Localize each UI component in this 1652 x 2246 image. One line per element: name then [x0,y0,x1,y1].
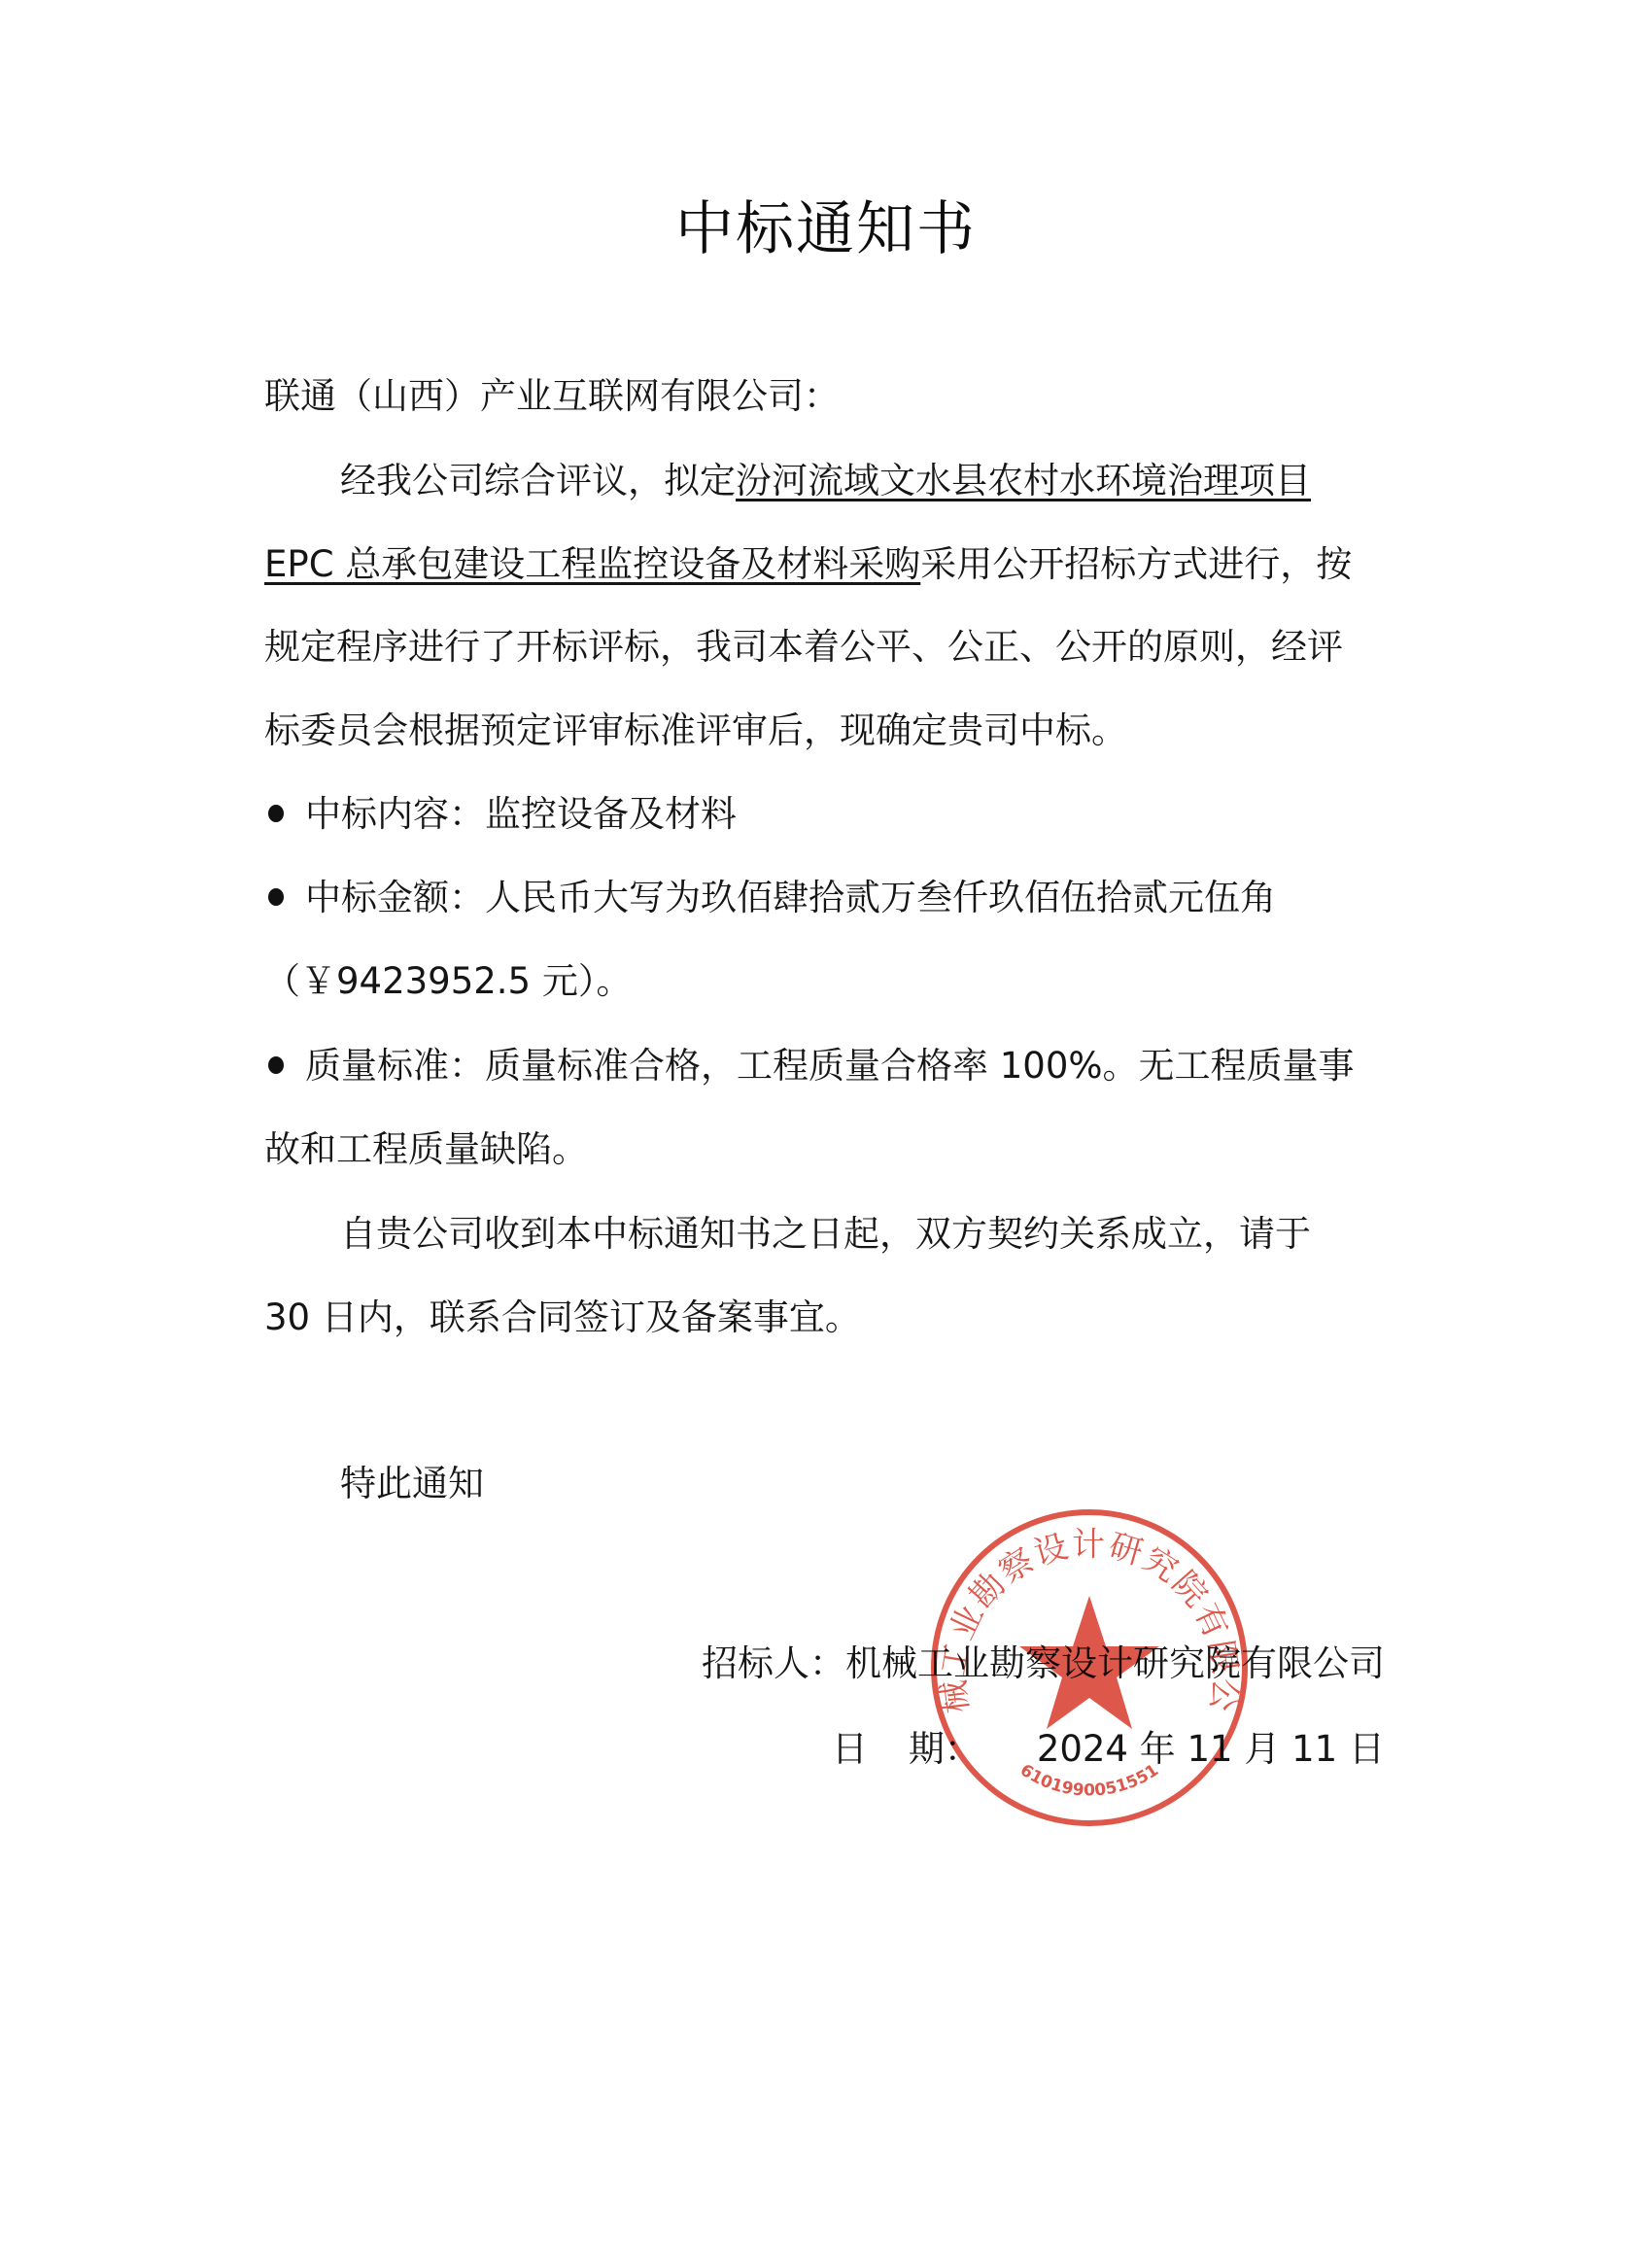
official-seal: 机械工业勘察设计研究院有限公司 6101990051551 [926,1504,1253,1831]
document-title: 中标通知书 [0,192,1652,266]
seal-code: 6101990051551 [1016,1761,1162,1801]
paragraph1-line4: 标委员会根据预定评审标准评审后，现确定贵司中标。 [264,707,1392,755]
bullet-value: 质量标准合格，工程质量合格率 100%。无工程质量事 [485,1045,1355,1087]
paragraph2-line2: 30 日内，联系合同签订及备案事宜。 [264,1294,1392,1342]
paragraph2-line1: 自贵公司收到本中标通知书之日起，双方契约关系成立，请于 [340,1210,1467,1259]
bullet-value: 人民币大写为玖佰肆拾贰万叁仟玖佰伍拾贰元伍角 [485,877,1276,918]
bullet-item-amount: 中标金额：人民币大写为玖佰肆拾贰万叁仟玖佰伍拾贰元伍角 [264,874,1276,922]
bullet-quality-continuation: 故和工程质量缺陷。 [264,1125,1392,1174]
bullet-label: 中标金额： [305,877,485,918]
date-day: 11 [1291,1728,1337,1770]
bullet-item-quality: 质量标准：质量标准合格，工程质量合格率 100%。无工程质量事 [264,1042,1355,1090]
bullet-amount-continuation: （￥9423952.5 元）。 [264,957,1392,1006]
closing-text: 特此通知 [340,1460,1467,1508]
bullet-value: 监控设备及材料 [485,793,737,835]
project-name-underlined-part2: EPC 总承包建设工程监控设备及材料采购 [264,543,920,585]
bullet-dot-icon [268,1056,284,1074]
bullet-label: 质量标准： [305,1045,485,1087]
recipient-line: 联通（山西）产业互联网有限公司： [264,372,1392,421]
date-day-unit: 日 [1349,1728,1385,1770]
bullet-item-content: 中标内容：监控设备及材料 [264,790,737,839]
bullet-dot-icon [268,888,284,906]
paragraph1-prefix: 经我公司综合评议，拟定 [340,460,736,501]
paragraph1-line1: 经我公司综合评议，拟定汾河流域文水县农村水环境治理项目 [340,457,1467,505]
document-page: 中标通知书 联通（山西）产业互联网有限公司： 经我公司综合评议，拟定汾河流域文水… [0,0,1652,2246]
paragraph1-line3: 规定程序进行了开标评标，我司本着公平、公正、公开的原则，经评 [264,623,1392,672]
svg-text:6101990051551: 6101990051551 [1016,1761,1162,1801]
paragraph1-line2-suffix: 采用公开招标方式进行，按 [920,543,1352,585]
red-star-icon [1019,1596,1159,1729]
bullet-label: 中标内容： [305,793,485,835]
tenderer-label: 招标人： [702,1642,845,1684]
paragraph1-line2: EPC 总承包建设工程监控设备及材料采购采用公开招标方式进行，按 [264,540,1392,589]
project-name-underlined-part1: 汾河流域文水县农村水环境治理项目 [736,460,1311,501]
bullet-dot-icon [268,805,284,822]
date-label-1: 日 [832,1728,868,1770]
